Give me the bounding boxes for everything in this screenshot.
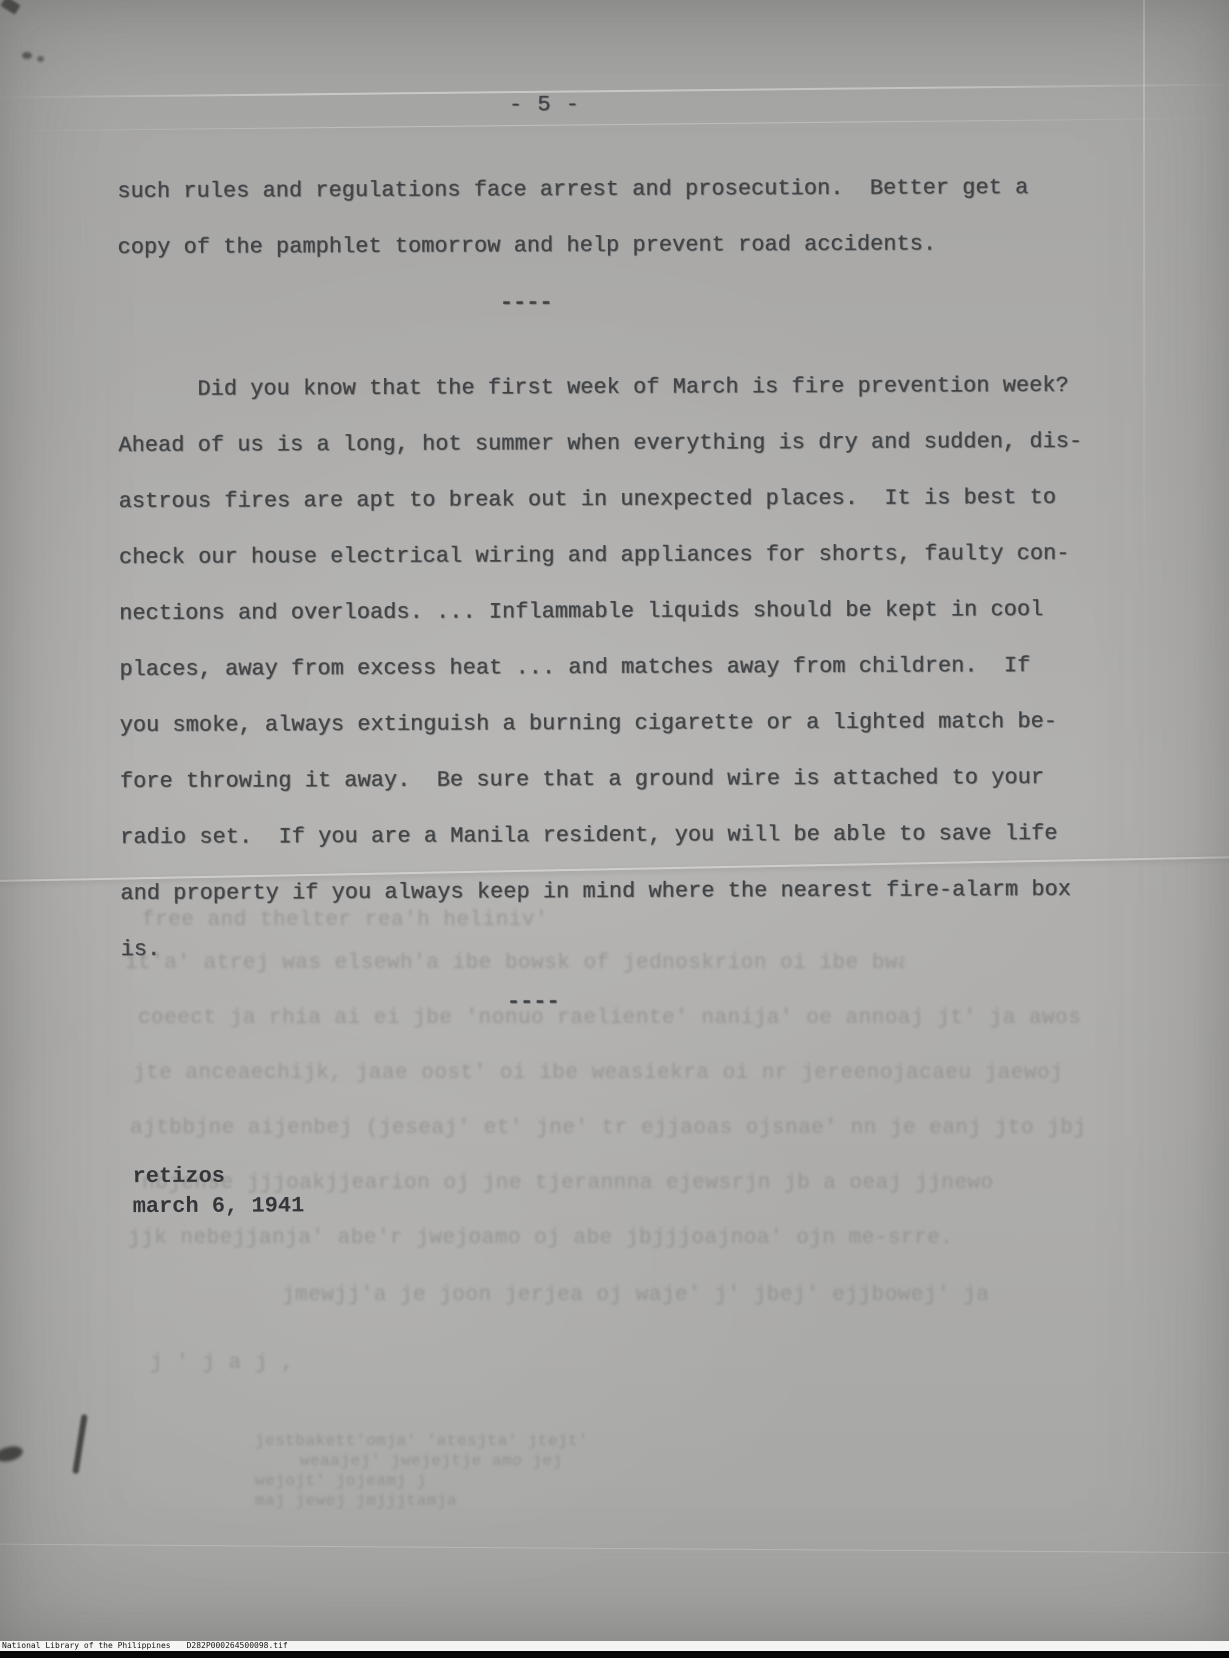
section-separator: ---- <box>500 292 553 314</box>
text-line: copy of the pamphlet tomorrow and help p… <box>117 216 1028 276</box>
text-line: is. <box>120 918 1084 978</box>
footer-black-bar <box>0 1651 1229 1658</box>
date-line: march 6, 1941 <box>133 1191 305 1222</box>
text-line: radio set. If you are a Manila resident,… <box>120 806 1084 866</box>
text-line: nections and overloads. ... Inflammable … <box>119 582 1083 642</box>
paragraph-fire-prevention: Did you know that the first week of Marc… <box>118 358 1084 978</box>
page-number: - 5 - <box>509 92 580 117</box>
document-scan-page: free and thelter rea'h heliniv'it'a' atr… <box>0 0 1229 1658</box>
text-line: astrous fires are apt to break out in un… <box>118 470 1082 530</box>
paper-background: free and thelter rea'h heliniv'it'a' atr… <box>0 0 1229 1641</box>
scan-footer: National Library of the Philippines D282… <box>0 1641 1229 1651</box>
text-line: Ahead of us is a long, hot summer when e… <box>118 414 1082 474</box>
text-line: Did you know that the first week of Marc… <box>118 358 1082 418</box>
text-line: fore throwing it away. Be sure that a gr… <box>120 750 1084 810</box>
section-separator: ---- <box>507 991 560 1013</box>
text-line: places, away from excess heat ... and ma… <box>119 638 1083 698</box>
footer-library-label: National Library of the Philippines <box>2 1641 171 1651</box>
text-line: and property if you always keep in mind … <box>120 862 1084 922</box>
text-line: you smoke, always extinguish a burning c… <box>119 694 1083 754</box>
text-line: such rules and regulations face arrest a… <box>117 160 1028 220</box>
paragraph-road-safety: such rules and regulations face arrest a… <box>117 160 1028 276</box>
author-name: retizos <box>132 1161 304 1192</box>
typewritten-content: - 5 - such rules and regulations face ar… <box>0 0 1229 1644</box>
footer-filename: D282P000264500098.tif <box>187 1641 288 1651</box>
text-line: check our house electrical wiring and ap… <box>119 526 1083 586</box>
signature-block: retizos march 6, 1941 <box>132 1161 304 1222</box>
